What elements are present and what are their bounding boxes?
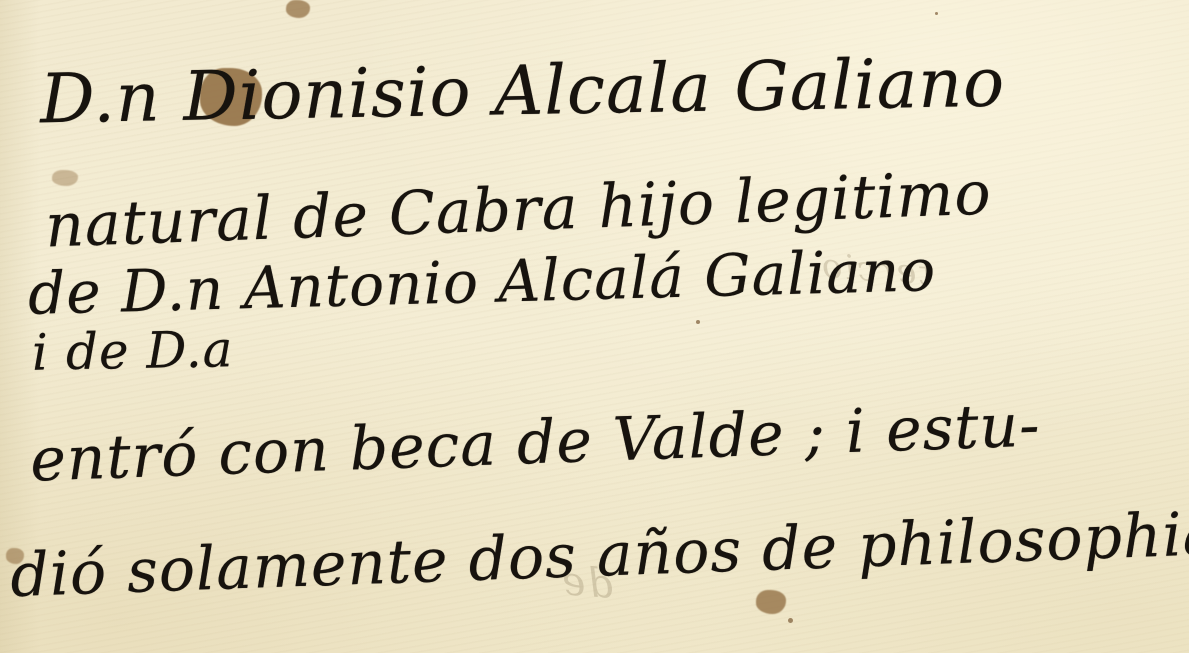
manuscript-page: tercio de D.n Dionisio Alcala Galiano na… bbox=[0, 0, 1189, 653]
speck bbox=[696, 320, 700, 324]
speck bbox=[935, 12, 938, 15]
manuscript-line-5: entró con beca de Valde ; i estu- bbox=[29, 390, 1041, 495]
ink-stain bbox=[52, 170, 78, 186]
speck bbox=[788, 618, 793, 623]
ink-stain bbox=[286, 0, 310, 18]
ink-stain bbox=[756, 590, 786, 614]
manuscript-line-1: D.n Dionisio Alcala Galiano bbox=[39, 44, 1005, 140]
manuscript-line-4: i de D.a bbox=[32, 320, 234, 382]
